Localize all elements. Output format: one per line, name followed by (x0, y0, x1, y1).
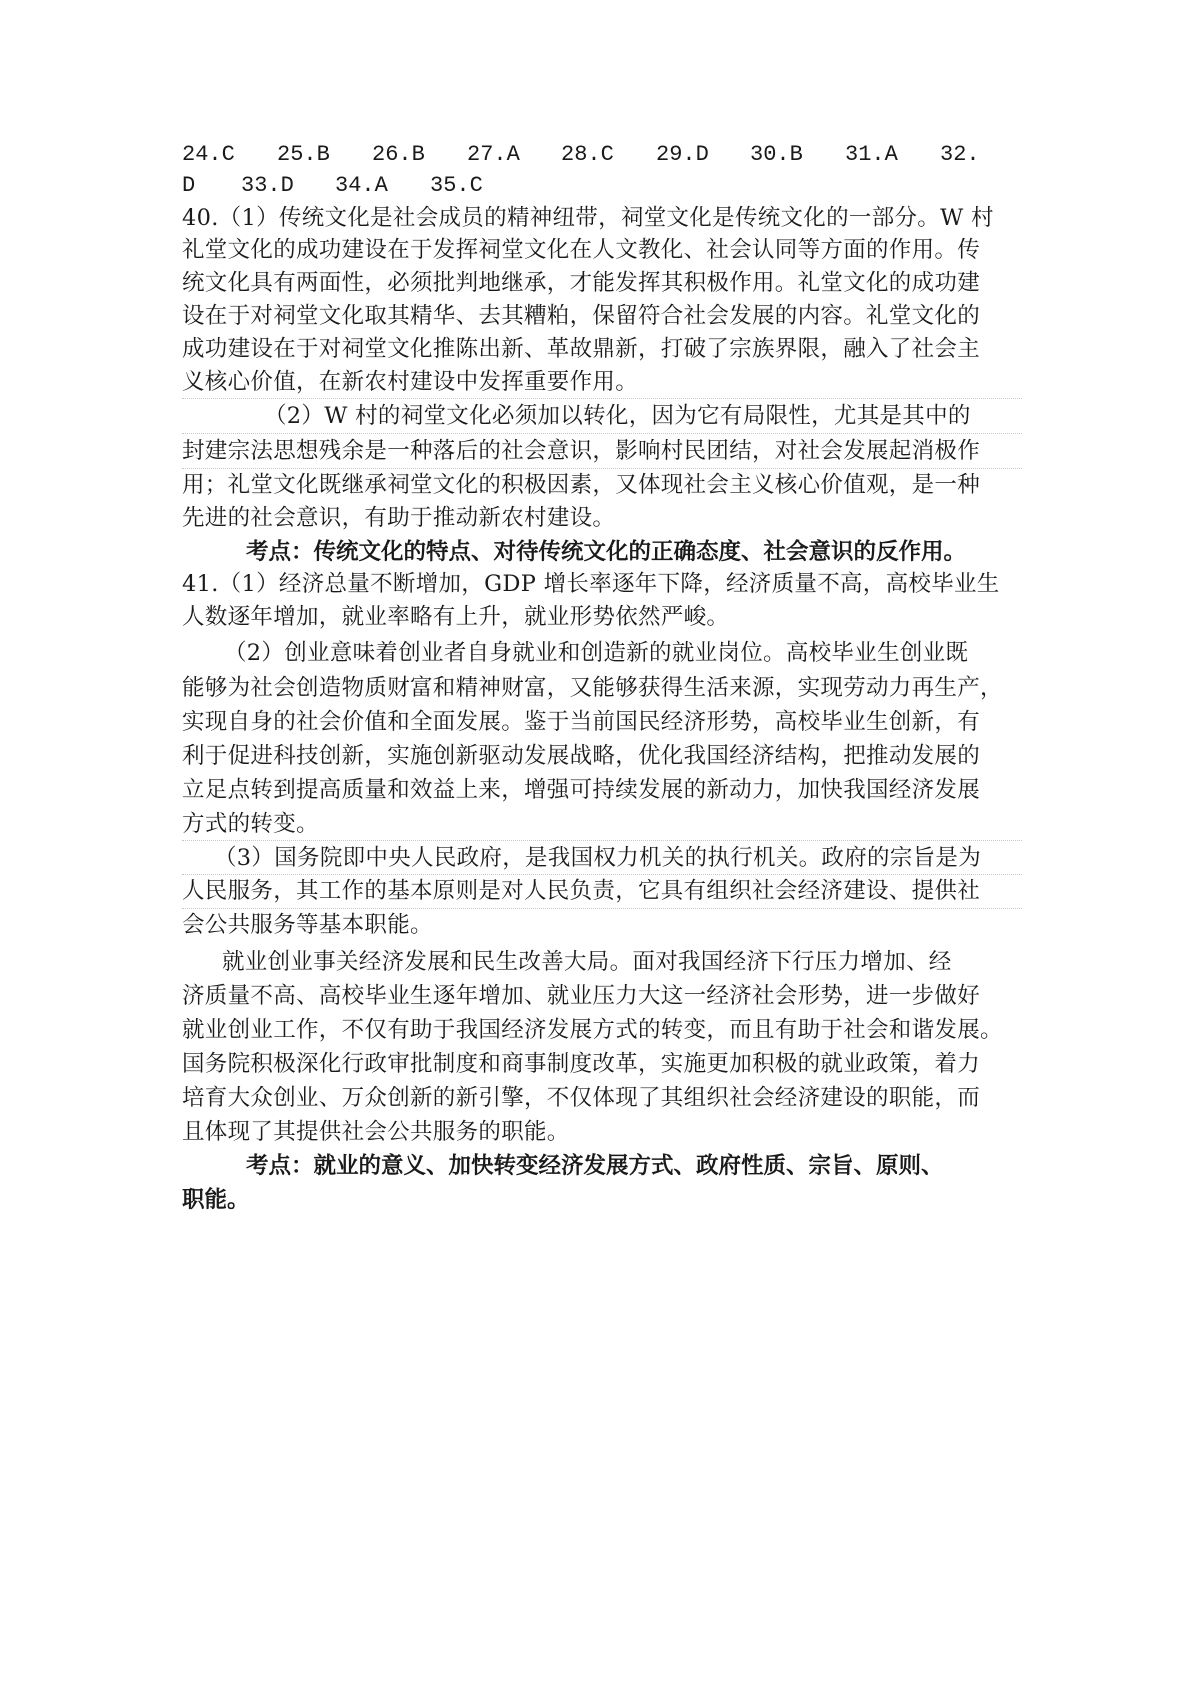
q41-line: 培育大众创业、万众创新的新引擎，不仅体现了其组织社会经济建设的职能，而 (182, 1082, 1022, 1114)
q41-line: 会公共服务等基本职能。 (182, 909, 1022, 941)
q40-line: 设在于对祠堂文化取其精华、去其糟粕，保留符合社会发展的内容。礼堂文化的 (182, 300, 1022, 332)
mc-answer: 31.A (845, 139, 898, 171)
q41-key-points-cont: 职能。 (182, 1184, 1022, 1216)
dotted-divider (182, 840, 1022, 841)
q41-key-points: 考点：就业的意义、加快转变经济发展方式、政府性质、宗旨、原则、 (246, 1150, 1046, 1182)
q40-line: 礼堂文化的成功建设在于发挥祠堂文化在人文教化、社会认同等方面的作用。传 (182, 234, 1022, 266)
mc-answer: 29.D (656, 139, 709, 171)
dotted-divider (182, 433, 1022, 434)
q41-line: 济质量不高、高校毕业生逐年增加、就业压力大这一经济社会形势，进一步做好 (182, 980, 1022, 1012)
mc-answer: 30.B (750, 139, 803, 171)
mc-answer: 33.D (241, 170, 294, 202)
q41-line: 实现自身的社会价值和全面发展。鉴于当前国民经济形势，高校毕业生创新，有 (182, 706, 1022, 738)
mc-answer: 25.B (277, 139, 330, 171)
q40-line: 封建宗法思想残余是一种落后的社会意识，影响村民团结，对社会发展起消极作 (182, 435, 1022, 467)
mc-answer: 34.A (335, 170, 388, 202)
q40-line: 40.（1）传统文化是社会成员的精神纽带，祠堂文化是传统文化的一部分。W 村 (182, 202, 1022, 234)
q40-line: 先进的社会意识，有助于推动新农村建设。 (182, 502, 1022, 534)
q40-line: 成功建设在于对祠堂文化推陈出新、革故鼎新，打破了宗族界限，融入了社会主 (182, 333, 1022, 365)
q41-line: 国务院积极深化行政审批制度和商事制度改革，实施更加积极的就业政策，着力 (182, 1048, 1022, 1080)
q41-line: 能够为社会创造物质财富和精神财富，又能够获得生活来源，实现劳动力再生产， (182, 672, 1022, 704)
q41-line: 41.（1）经济总量不断增加，GDP 增长率逐年下降，经济质量不高，高校毕业生 (182, 568, 1022, 600)
mc-answer: 27.A (467, 139, 520, 171)
mc-answer: 24.C (182, 139, 235, 171)
q41-line: 就业创业工作，不仅有助于我国经济发展方式的转变，而且有助于社会和谐发展。 (182, 1014, 1022, 1046)
q41-part3-line: （3）国务院即中央人民政府，是我国权力机关的执行机关。政府的宗旨是为 (214, 842, 1024, 874)
q40-line: 义核心价值，在新农村建设中发挥重要作用。 (182, 366, 1022, 398)
q41-line: 利于促进科技创新，实施创新驱动发展战略，优化我国经济结构，把推动发展的 (182, 740, 1022, 772)
q41-line: 且体现了其提供社会公共服务的职能。 (182, 1116, 1022, 1148)
dotted-divider (182, 398, 1022, 399)
mc-answer: 26.B (372, 139, 425, 171)
q41-line: 立足点转到提高质量和效益上来，增强可持续发展的新动力，加快我国经济发展 (182, 774, 1022, 806)
mc-answer: 35.C (430, 170, 483, 202)
q40-line: 用；礼堂文化既继承祠堂文化的积极因素，又体现社会主义核心价值观，是一种 (182, 469, 1022, 501)
mc-answer: D (182, 170, 195, 202)
q41-paragraph-line: 就业创业事关经济发展和民生改善大局。面对我国经济下行压力增加、经 (222, 946, 1022, 978)
q40-line: 统文化具有两面性，必须批判地继承，才能发挥其积极作用。礼堂文化的成功建 (182, 267, 1022, 299)
q41-line: 人数逐年增加，就业率略有上升，就业形势依然严峻。 (182, 601, 1022, 633)
answer-key-page: 24.C 25.B 26.B 27.A 28.C 29.D 30.B 31.A … (0, 0, 1200, 1698)
q41-line: 人民服务，其工作的基本原则是对人民负责，它具有组织社会经济建设、提供社 (182, 875, 1022, 907)
mc-answer: 32. (940, 139, 980, 171)
q41-line: 方式的转变。 (182, 808, 1022, 840)
q40-key-points: 考点：传统文化的特点、对待传统文化的正确态度、社会意识的反作用。 (246, 536, 1046, 568)
q40-part2-line: （2）W 村的祠堂文化必须加以转化，因为它有局限性，尤其是其中的 (264, 400, 1022, 432)
mc-answer: 28.C (561, 139, 614, 171)
q41-part2-line: （2）创业意味着创业者自身就业和创造新的就业岗位。高校毕业生创业既 (224, 637, 1024, 669)
